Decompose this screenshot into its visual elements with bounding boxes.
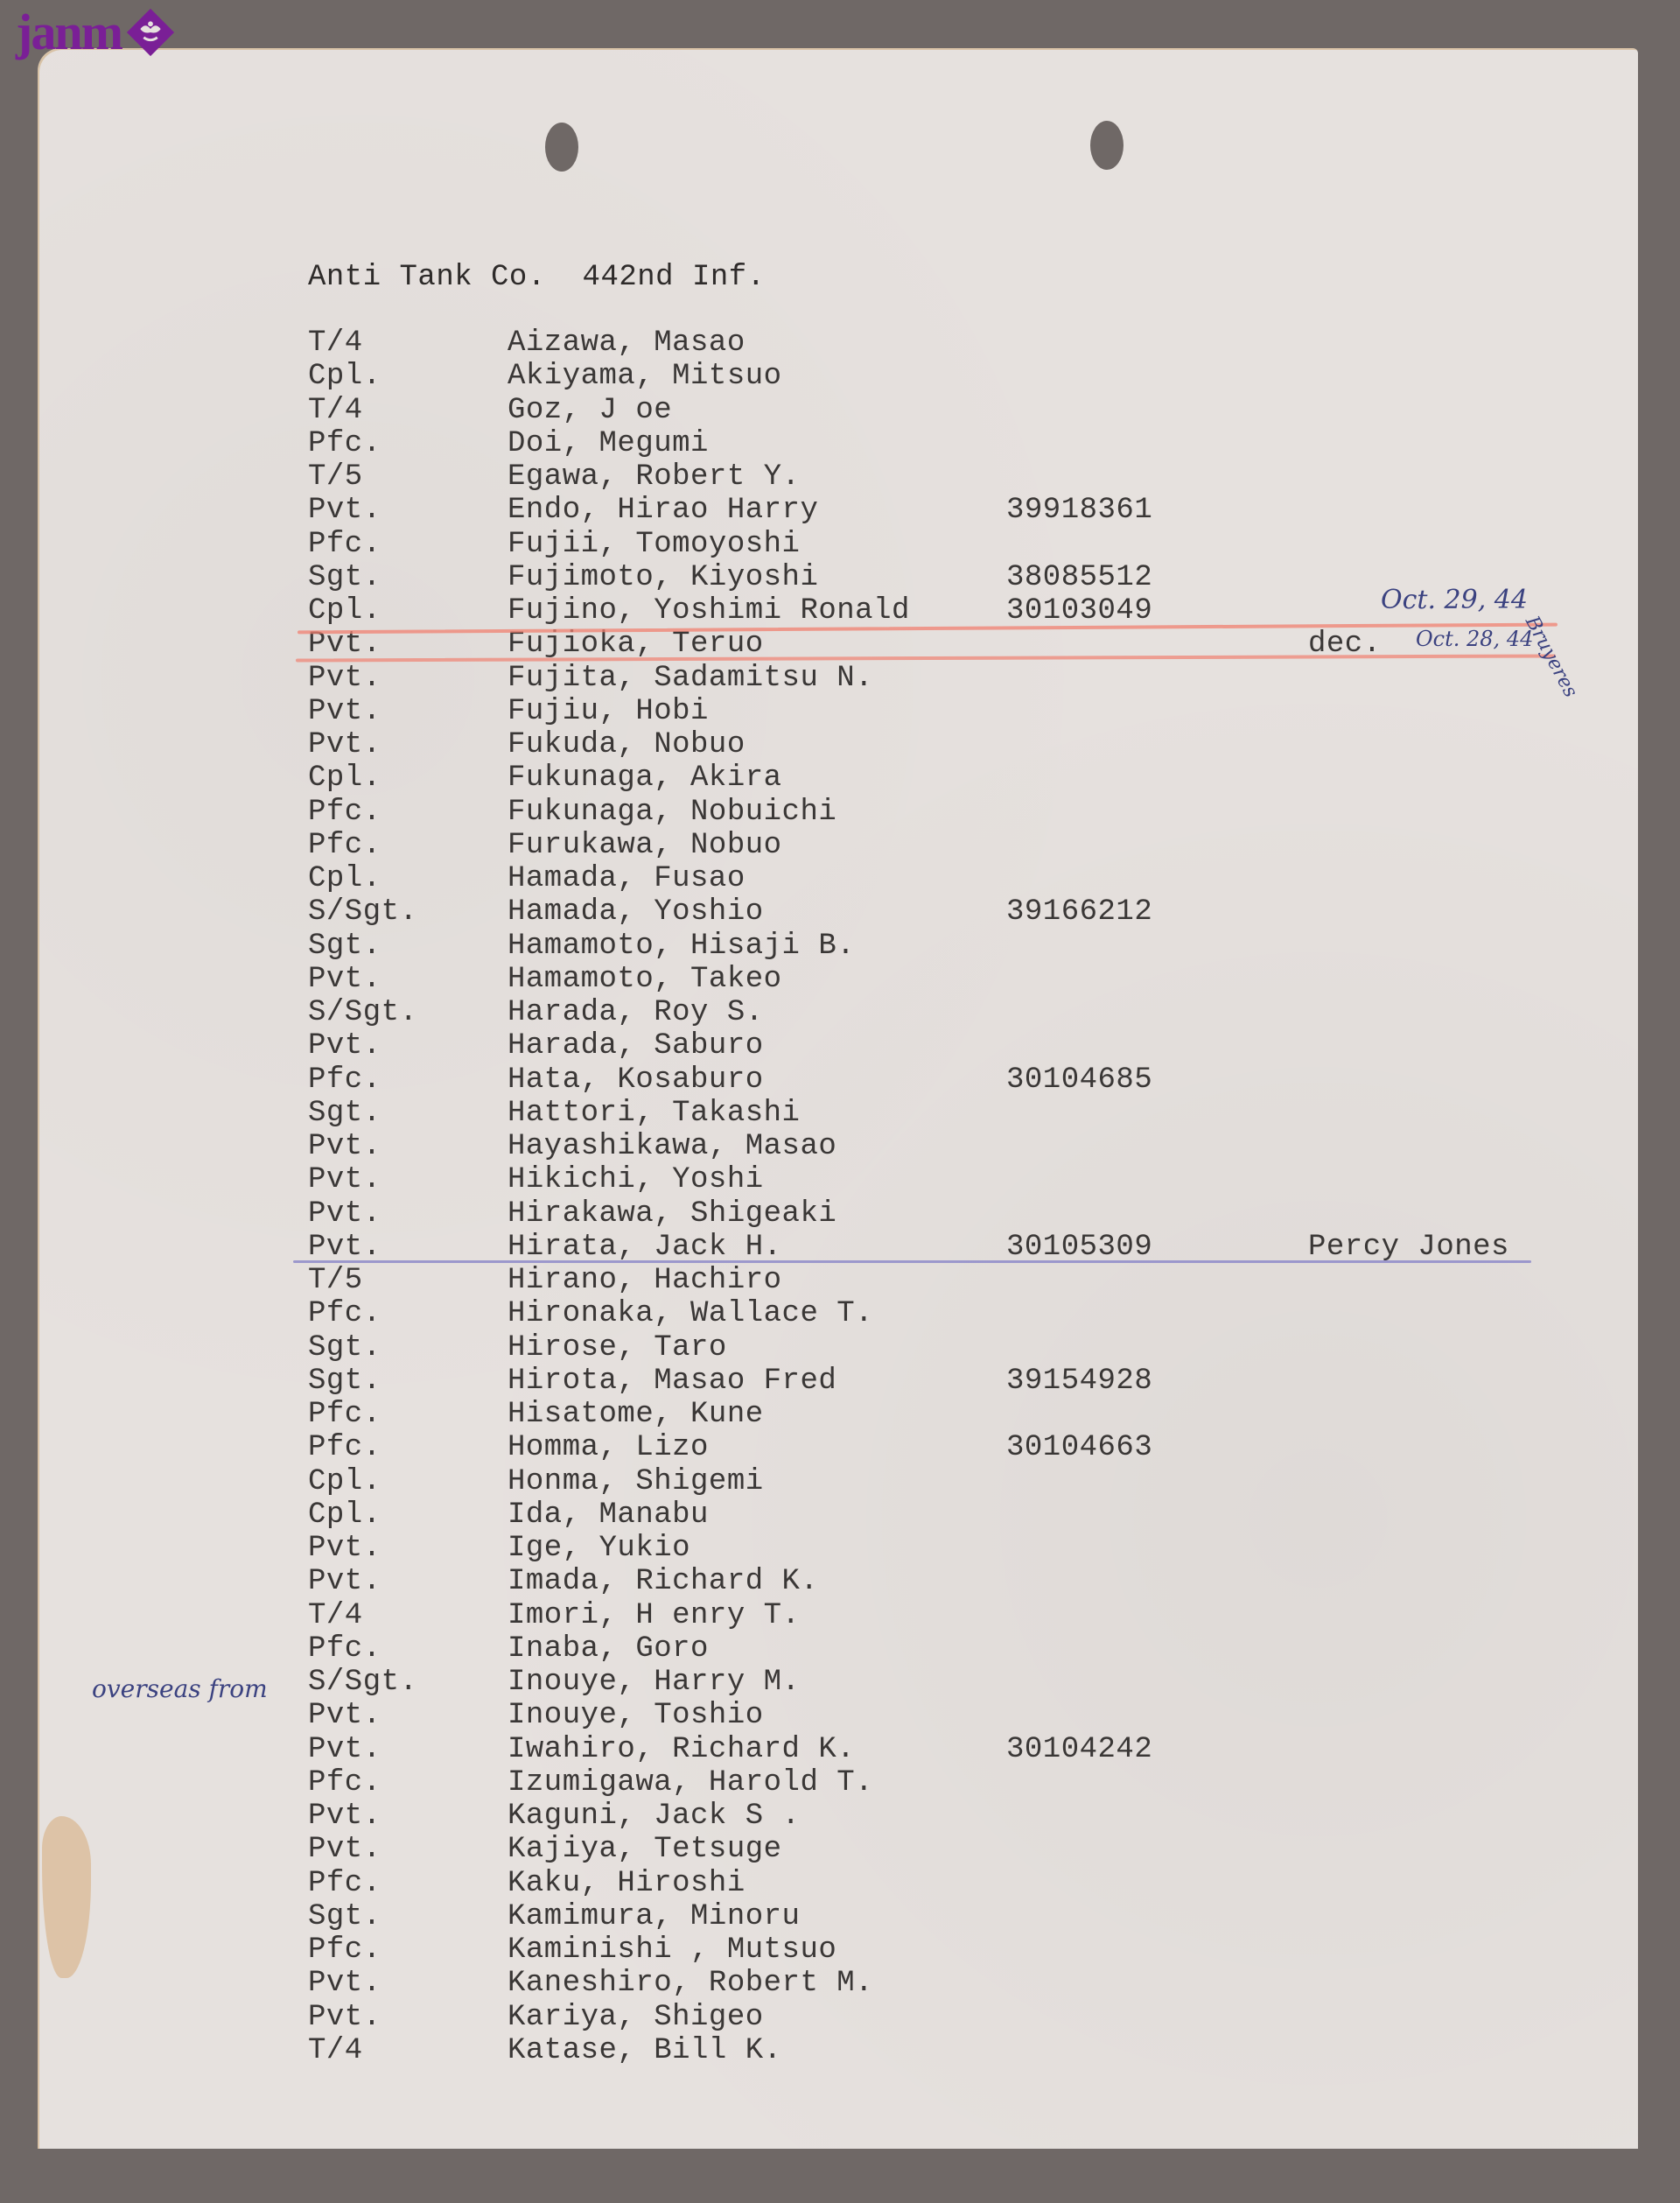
handwritten-margin-note: overseas from <box>92 1674 268 1703</box>
soldier-name: Kariya, Shigeo <box>507 2001 764 2034</box>
roster-row: Sgt. Hattori, Takashi <box>0 1097 1680 1130</box>
soldier-name: Inouye, Toshio <box>507 1699 764 1732</box>
soldier-name: Hata, Kosaburo <box>507 1063 764 1097</box>
rank: Pvt. <box>308 963 381 996</box>
soldier-name: Hirakawa, Shigeaki <box>507 1197 836 1231</box>
roster-row: T/4 Imori, H enry T. <box>0 1599 1680 1632</box>
roster-row: Cpl. Honma, Shigemi <box>0 1465 1680 1498</box>
rank: Pvt. <box>308 1833 381 1866</box>
soldier-name: Kaneshiro, Robert M. <box>507 1967 873 2000</box>
serial-number: 39154928 <box>1006 1365 1152 1398</box>
soldier-name: Ida, Manabu <box>507 1498 709 1532</box>
roster-row: Pfc. Fujii, Tomoyoshi <box>0 528 1680 561</box>
soldier-name: Kajiya, Tetsuge <box>507 1833 782 1866</box>
soldier-name: Fujino, Yoshimi Ronald <box>507 594 910 628</box>
serial-number: 30104663 <box>1006 1431 1152 1464</box>
soldier-name: Hamada, Yoshio <box>507 895 764 929</box>
soldier-name: Inaba, Goro <box>507 1632 709 1666</box>
serial-number: 39918361 <box>1006 494 1152 527</box>
roster-row: Pvt. Hirakawa, Shigeaki <box>0 1197 1680 1231</box>
rank: Pvt. <box>308 1565 381 1598</box>
soldier-name: Hirata, Jack H. <box>507 1231 782 1264</box>
roster-row: Pvt. Kaguni, Jack S . <box>0 1800 1680 1833</box>
rank: Pvt. <box>308 1163 381 1196</box>
rank: T/4 <box>308 326 363 360</box>
soldier-name: Honma, Shigemi <box>507 1465 764 1498</box>
rank: Pfc. <box>308 1398 381 1431</box>
rank: T/5 <box>308 1264 363 1297</box>
rank: Sgt. <box>308 1900 381 1933</box>
soldier-name: Harada, Saburo <box>507 1029 764 1063</box>
soldier-name: Goz, J oe <box>507 394 672 427</box>
rank: Pvt. <box>308 1532 381 1565</box>
rank: T/4 <box>308 2034 363 2067</box>
soldier-name: Kaminishi , Mutsuo <box>507 1933 836 1967</box>
rank: T/5 <box>308 460 363 494</box>
roster-row: Cpl. Fukunaga, Akira <box>0 761 1680 795</box>
roster-row: Pfc. Hisatome, Kune <box>0 1398 1680 1431</box>
soldier-name: Fukunaga, Nobuichi <box>507 796 836 829</box>
soldier-name: Fujimoto, Kiyoshi <box>507 561 818 594</box>
soldier-name: Hirose, Taro <box>507 1331 727 1365</box>
roster-row: Pvt. Iwahiro, Richard K. 30104242 <box>0 1733 1680 1766</box>
handwritten-date-1: Oct. 29, 44 <box>1381 585 1528 615</box>
rank: T/4 <box>308 1599 363 1632</box>
roster-row: Sgt. Hamamoto, Hisaji B. <box>0 930 1680 963</box>
rank: Pvt. <box>308 662 381 695</box>
rank: Pvt. <box>308 728 381 761</box>
rank: Cpl. <box>308 1498 381 1532</box>
roster-row: Pvt. Fujita, Sadamitsu N. <box>0 662 1680 695</box>
soldier-name: Hamamoto, Takeo <box>507 963 782 996</box>
roster-row: Pvt. Hikichi, Yoshi <box>0 1163 1680 1196</box>
rank: Sgt. <box>308 1331 381 1365</box>
soldier-name: Hirano, Hachiro <box>507 1264 782 1297</box>
rank: Pfc. <box>308 1063 381 1097</box>
rank: Pvt. <box>308 1231 381 1264</box>
rank: Cpl. <box>308 1465 381 1498</box>
soldier-name: Fujiu, Hobi <box>507 695 709 728</box>
roster-row: T/4 Goz, J oe <box>0 394 1680 427</box>
serial-number: 30103049 <box>1006 594 1152 628</box>
serial-number: 30105309 <box>1006 1231 1152 1264</box>
roster-row: Pvt. Harada, Saburo <box>0 1029 1680 1063</box>
soldier-name: Ige, Yukio <box>507 1532 690 1565</box>
handwritten-date-2: Oct. 28, 44 <box>1416 627 1533 651</box>
roster-row: Pfc. Inaba, Goro <box>0 1632 1680 1666</box>
rank: Pvt. <box>308 2001 381 2034</box>
rank: Sgt. <box>308 1365 381 1398</box>
soldier-name: Fukunaga, Akira <box>507 761 782 795</box>
roster-row: Cpl. Ida, Manabu <box>0 1498 1680 1532</box>
soldier-name: Kaguni, Jack S . <box>507 1800 800 1833</box>
rank: S/Sgt. <box>308 1666 417 1699</box>
janm-logo: janm <box>16 7 176 58</box>
rank: Pfc. <box>308 1867 381 1900</box>
soldier-name: Endo, Hirao Harry <box>507 494 818 527</box>
soldier-name: Egawa, Robert Y. <box>507 460 800 494</box>
roster-row: Pvt. Hamamoto, Takeo <box>0 963 1680 996</box>
rank: Pfc. <box>308 1933 381 1967</box>
roster-row: Pfc. Hata, Kosaburo 30104685 <box>0 1063 1680 1097</box>
roster-row: S/Sgt. Harada, Roy S. <box>0 996 1680 1029</box>
roster-row: Pvt. Kariya, Shigeo <box>0 2001 1680 2034</box>
roster-row: Pvt. Endo, Hirao Harry 39918361 <box>0 494 1680 527</box>
soldier-name: Hisatome, Kune <box>507 1398 764 1431</box>
soldier-name: Hattori, Takashi <box>507 1097 800 1130</box>
soldier-name: Aizawa, Masao <box>507 326 745 360</box>
rank: Pvt. <box>308 1197 381 1231</box>
rank: Sgt. <box>308 1097 381 1130</box>
soldier-name: Kaku, Hiroshi <box>507 1867 745 1900</box>
roster-row: T/4 Aizawa, Masao <box>0 326 1680 360</box>
serial-number: 30104685 <box>1006 1063 1152 1097</box>
rank: T/4 <box>308 394 363 427</box>
roster-row: Pvt. Kaneshiro, Robert M. <box>0 1967 1680 2000</box>
soldier-name: Kamimura, Minoru <box>507 1900 800 1933</box>
roster-row: Pfc. Fukunaga, Nobuichi <box>0 796 1680 829</box>
soldier-name: Furukawa, Nobuo <box>507 829 782 862</box>
soldier-name: Hamada, Fusao <box>507 862 745 895</box>
soldier-name: Homma, Lizo <box>507 1431 709 1464</box>
roster-row: Sgt. Hirose, Taro <box>0 1331 1680 1365</box>
soldier-name: Doi, Megumi <box>507 427 709 460</box>
roster-row: Pvt. Fujiu, Hobi <box>0 695 1680 728</box>
rank: Pvt. <box>308 494 381 527</box>
remark: Percy Jones <box>1308 1231 1509 1264</box>
rank: Pfc. <box>308 1431 381 1464</box>
roster-row: Pfc. Kaku, Hiroshi <box>0 1867 1680 1900</box>
soldier-name: Fujii, Tomoyoshi <box>507 528 800 561</box>
roster-row: Cpl. Akiyama, Mitsuo <box>0 360 1680 393</box>
punch-hole-right <box>1090 121 1123 170</box>
rank: Pfc. <box>308 427 381 460</box>
soldier-name: Hayashikawa, Masao <box>507 1130 836 1163</box>
soldier-name: Katase, Bill K. <box>507 2034 782 2067</box>
rank: Pvt. <box>308 1029 381 1063</box>
soldier-name: Izumigawa, Harold T. <box>507 1766 873 1800</box>
rank: Cpl. <box>308 862 381 895</box>
soldier-name: Hikichi, Yoshi <box>507 1163 764 1196</box>
roster-row: Pvt. Imada, Richard K. <box>0 1565 1680 1598</box>
soldier-name: Fujita, Sadamitsu N. <box>507 662 873 695</box>
roster-row: Pfc. Furukawa, Nobuo <box>0 829 1680 862</box>
soldier-name: Imada, Richard K. <box>507 1565 818 1598</box>
soldier-name: Akiyama, Mitsuo <box>507 360 782 393</box>
rank: Pvt. <box>308 1967 381 2000</box>
soldier-name: Hirota, Masao Fred <box>507 1365 836 1398</box>
roster-row: Pvt. Kajiya, Tetsuge <box>0 1833 1680 1866</box>
rank: Pfc. <box>308 796 381 829</box>
serial-number: 38085512 <box>1006 561 1152 594</box>
roster-row: Sgt. Hirota, Masao Fred 39154928 <box>0 1365 1680 1398</box>
blue-pencil-underline <box>293 1260 1531 1263</box>
rank: Cpl. <box>308 761 381 795</box>
rank: Cpl. <box>308 360 381 393</box>
roster-row: Pvt. Fukuda, Nobuo <box>0 728 1680 761</box>
rank: Pfc. <box>308 1766 381 1800</box>
roster-row: Pfc. Hironaka, Wallace T. <box>0 1297 1680 1330</box>
soldier-name: Inouye, Harry M. <box>507 1666 800 1699</box>
rank: Pvt. <box>308 1800 381 1833</box>
logo-text: janm <box>16 7 122 58</box>
soldier-name: Harada, Roy S. <box>507 996 764 1029</box>
rank: Cpl. <box>308 594 381 628</box>
janm-crest-icon <box>125 7 176 58</box>
serial-number: 30104242 <box>1006 1733 1152 1766</box>
roster-row: S/Sgt. Hamada, Yoshio 39166212 <box>0 895 1680 929</box>
rank: S/Sgt. <box>308 895 417 929</box>
rank: Pfc. <box>308 1632 381 1666</box>
rank: Sgt. <box>308 930 381 963</box>
roster-row: Pvt. Hayashikawa, Masao <box>0 1130 1680 1163</box>
roster-row: Pfc. Kaminishi , Mutsuo <box>0 1933 1680 1967</box>
document-title: Anti Tank Co. 442nd Inf. <box>308 261 766 294</box>
rank: Pvt. <box>308 1733 381 1766</box>
soldier-name: Fujioka, Teruo <box>507 628 764 661</box>
roster-row: Pfc. Izumigawa, Harold T. <box>0 1766 1680 1800</box>
soldier-name: Hironaka, Wallace T. <box>507 1297 873 1330</box>
soldier-name: Iwahiro, Richard K. <box>507 1733 855 1766</box>
roster-row: Pvt. Hirata, Jack H. 30105309 Percy Jone… <box>0 1231 1680 1264</box>
roster-row: Sgt. Kamimura, Minoru <box>0 1900 1680 1933</box>
roster-row: Pfc. Homma, Lizo 30104663 <box>0 1431 1680 1464</box>
rank: Pfc. <box>308 528 381 561</box>
roster-row: Cpl. Hamada, Fusao <box>0 862 1680 895</box>
roster-row: Pvt. Ige, Yukio <box>0 1532 1680 1565</box>
roster-row: Pfc. Doi, Megumi <box>0 427 1680 460</box>
soldier-name: Fukuda, Nobuo <box>507 728 745 761</box>
roster-row: T/5 Egawa, Robert Y. <box>0 460 1680 494</box>
punch-hole-left <box>545 123 578 172</box>
roster-row: Pvt. Inouye, Toshio <box>0 1699 1680 1732</box>
serial-number: 39166212 <box>1006 895 1152 929</box>
rank: S/Sgt. <box>308 996 417 1029</box>
rank: Sgt. <box>308 561 381 594</box>
soldier-name: Hamamoto, Hisaji B. <box>507 930 855 963</box>
rank: Pvt. <box>308 1699 381 1732</box>
rank: Pvt. <box>308 695 381 728</box>
rank: Pvt. <box>308 1130 381 1163</box>
soldier-name: Imori, H enry T. <box>507 1599 800 1632</box>
roster-row: T/4 Katase, Bill K. <box>0 2034 1680 2067</box>
roster-row: T/5 Hirano, Hachiro <box>0 1264 1680 1297</box>
rank: Pfc. <box>308 829 381 862</box>
rank: Pfc. <box>308 1297 381 1330</box>
